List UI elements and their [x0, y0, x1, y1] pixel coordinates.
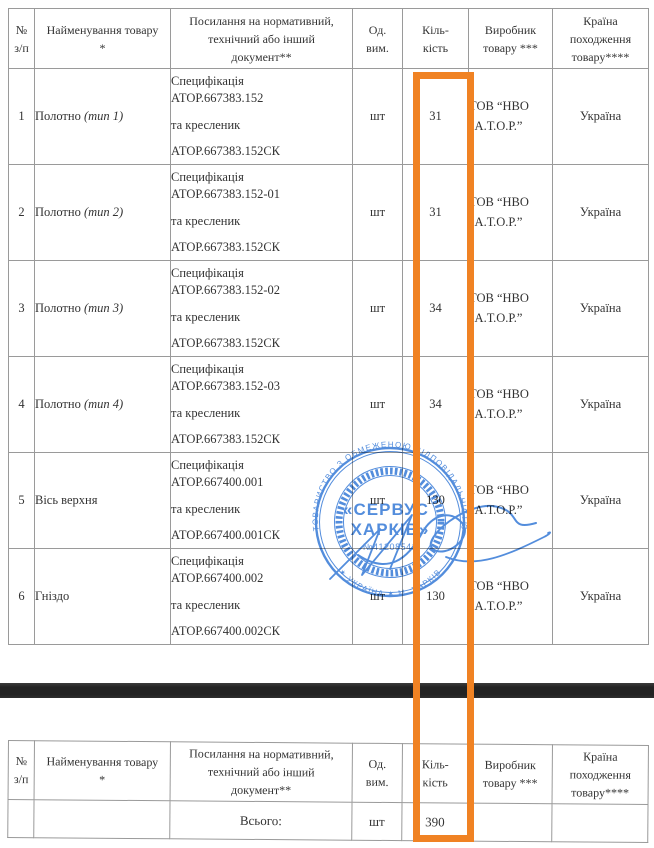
producer-line: “А.Т.О.Р.”: [469, 597, 552, 616]
doc-line: АТОР.667383.152: [171, 90, 352, 107]
cell-row-number: 3: [9, 261, 35, 357]
doc-line: та кресленик: [171, 405, 352, 422]
table-row: 5 Вісь верхня Специфікація АТОР.667400.0…: [9, 453, 649, 549]
producer-line: “А.Т.О.Р.”: [469, 405, 552, 424]
cell-producer: ТОВ “НВО “А.Т.О.Р.”: [469, 549, 553, 645]
cell-country: Україна: [553, 357, 649, 453]
doc-line: Специфікація: [171, 169, 352, 186]
cell-total-label: Всього:: [170, 801, 352, 840]
cell-empty: [8, 800, 34, 838]
producer-line: “А.Т.О.Р.”: [469, 213, 552, 232]
col-header-document-ref: Посилання на нормативний, технічний або …: [171, 9, 353, 69]
product-type-italic: (тип 3): [84, 301, 123, 315]
cell-producer: ТОВ “НВО “А.Т.О.Р.”: [469, 261, 553, 357]
cell-producer: ТОВ “НВО “А.Т.О.Р.”: [469, 69, 553, 165]
cell-unit: шт: [353, 165, 403, 261]
product-name-text: Полотно: [35, 301, 81, 315]
cell-document-ref: Специфікація АТОР.667383.152-03 та кресл…: [171, 357, 353, 453]
total-row: Всього: шт 390: [8, 800, 648, 843]
cell-row-number: 5: [9, 453, 35, 549]
col-header-row-number: № з/п: [8, 741, 34, 800]
doc-line: АТОР.667400.002СК: [171, 623, 352, 640]
cell-quantity: 34: [403, 357, 469, 453]
cell-country: Україна: [553, 69, 649, 165]
cell-quantity: 130: [403, 453, 469, 549]
cell-quantity: 31: [403, 69, 469, 165]
cell-producer: ТОВ “НВО “А.Т.О.Р.”: [469, 165, 553, 261]
doc-line: Специфікація: [171, 73, 352, 90]
col-header-country: Країна походження товару****: [553, 9, 649, 69]
cell-empty: [552, 804, 648, 843]
doc-line: АТОР.667383.152СК: [171, 239, 352, 256]
cell-country: Україна: [553, 453, 649, 549]
producer-line: ТОВ “НВО: [469, 385, 552, 404]
cell-empty: [34, 800, 170, 839]
doc-line: та кресленик: [171, 597, 352, 614]
producer-line: “А.Т.О.Р.”: [469, 117, 552, 136]
product-type-italic: (тип 4): [84, 397, 123, 411]
cell-product-name: Гніздо: [35, 549, 171, 645]
producer-line: ТОВ “НВО: [469, 289, 552, 308]
cell-document-ref: Специфікація АТОР.667383.152-02 та кресл…: [171, 261, 353, 357]
cell-unit: шт: [353, 357, 403, 453]
product-name-text: Вісь верхня: [35, 493, 98, 507]
doc-line: АТОР.667383.152-02: [171, 282, 352, 299]
totals-table-header: № з/п Найменування товару * Посилання на…: [8, 741, 648, 805]
goods-table: № з/п Найменування товару * Посилання на…: [8, 8, 649, 645]
product-name-text: Полотно: [35, 205, 81, 219]
doc-line: АТОР.667383.152СК: [171, 335, 352, 352]
cell-product-name: Вісь верхня: [35, 453, 171, 549]
doc-line: Специфікація: [171, 457, 352, 474]
producer-line: ТОВ “НВО: [469, 481, 552, 500]
cell-row-number: 4: [9, 357, 35, 453]
doc-line: АТОР.667383.152СК: [171, 431, 352, 448]
table-row: 3 Полотно (тип 3) Специфікація АТОР.6673…: [9, 261, 649, 357]
producer-line: ТОВ “НВО: [469, 97, 552, 116]
col-header-unit: Од. вим.: [353, 9, 403, 69]
doc-line: АТОР.667383.152-01: [171, 186, 352, 203]
col-header-country: Країна походження товару****: [552, 745, 648, 805]
doc-line: Специфікація: [171, 265, 352, 282]
cell-product-name: Полотно (тип 2): [35, 165, 171, 261]
doc-line: АТОР.667400.002: [171, 570, 352, 587]
doc-line: АТОР.667383.152-03: [171, 378, 352, 395]
cell-country: Україна: [553, 549, 649, 645]
cell-total-quantity: 390: [402, 803, 468, 842]
table-row: 6 Гніздо Специфікація АТОР.667400.002 та…: [9, 549, 649, 645]
product-name-text: Полотно: [35, 109, 81, 123]
scanned-document-page: № з/п Найменування товару * Посилання на…: [0, 0, 654, 848]
doc-line: та кресленик: [171, 213, 352, 230]
cell-document-ref: Специфікація АТОР.667400.001 та креслени…: [171, 453, 353, 549]
col-header-product-name: Найменування товару *: [34, 741, 170, 801]
doc-line: АТОР.667383.152СК: [171, 143, 352, 160]
producer-line: ТОВ “НВО: [469, 193, 552, 212]
page-divider-bar: [0, 683, 654, 698]
producer-line: ТОВ “НВО: [469, 577, 552, 596]
col-header-producer: Виробник товару ***: [469, 9, 553, 69]
cell-empty: [468, 803, 552, 842]
cell-unit: шт: [353, 453, 403, 549]
cell-unit: шт: [353, 549, 403, 645]
doc-line: АТОР.667400.001СК: [171, 527, 352, 544]
totals-table: № з/п Найменування товару * Посилання на…: [7, 740, 649, 843]
doc-line: та кресленик: [171, 309, 352, 326]
table-row: 1 Полотно (тип 1) Специфікація АТОР.6673…: [9, 69, 649, 165]
col-header-quantity: Кіль- кість: [402, 744, 468, 804]
cell-document-ref: Специфікація АТОР.667400.002 та креслени…: [171, 549, 353, 645]
product-type-italic: (тип 1): [84, 109, 123, 123]
product-name-text: Гніздо: [35, 589, 69, 603]
cell-quantity: 130: [403, 549, 469, 645]
cell-row-number: 6: [9, 549, 35, 645]
cell-product-name: Полотно (тип 1): [35, 69, 171, 165]
doc-line: Специфікація: [171, 361, 352, 378]
cell-producer: ТОВ “НВО “А.Т.О.Р.”: [469, 453, 553, 549]
goods-table-header: № з/п Найменування товару * Посилання на…: [9, 9, 649, 69]
product-name-text: Полотно: [35, 397, 81, 411]
table-row: 4 Полотно (тип 4) Специфікація АТОР.6673…: [9, 357, 649, 453]
cell-product-name: Полотно (тип 3): [35, 261, 171, 357]
producer-line: “А.Т.О.Р.”: [469, 501, 552, 520]
col-header-unit: Од. вим.: [352, 743, 402, 802]
cell-document-ref: Специфікація АТОР.667383.152 та креслени…: [171, 69, 353, 165]
cell-producer: ТОВ “НВО “А.Т.О.Р.”: [469, 357, 553, 453]
col-header-quantity: Кіль- кість: [403, 9, 469, 69]
cell-country: Україна: [553, 165, 649, 261]
cell-country: Україна: [553, 261, 649, 357]
cell-row-number: 1: [9, 69, 35, 165]
cell-quantity: 34: [403, 261, 469, 357]
cell-product-name: Полотно (тип 4): [35, 357, 171, 453]
col-header-producer: Виробник товару ***: [468, 744, 552, 804]
col-header-row-number: № з/п: [9, 9, 35, 69]
col-header-document-ref: Посилання на нормативний, технічний або …: [170, 742, 352, 802]
product-type-italic: (тип 2): [84, 205, 123, 219]
cell-unit: шт: [353, 261, 403, 357]
cell-unit: шт: [352, 802, 402, 840]
cell-quantity: 31: [403, 165, 469, 261]
cell-unit: шт: [353, 69, 403, 165]
cell-document-ref: Специфікація АТОР.667383.152-01 та кресл…: [171, 165, 353, 261]
doc-line: Специфікація: [171, 553, 352, 570]
col-header-product-name: Найменування товару *: [35, 9, 171, 69]
table-row: 2 Полотно (тип 2) Специфікація АТОР.6673…: [9, 165, 649, 261]
cell-row-number: 2: [9, 165, 35, 261]
producer-line: “А.Т.О.Р.”: [469, 309, 552, 328]
doc-line: та кресленик: [171, 501, 352, 518]
doc-line: та кресленик: [171, 117, 352, 134]
doc-line: АТОР.667400.001: [171, 474, 352, 491]
